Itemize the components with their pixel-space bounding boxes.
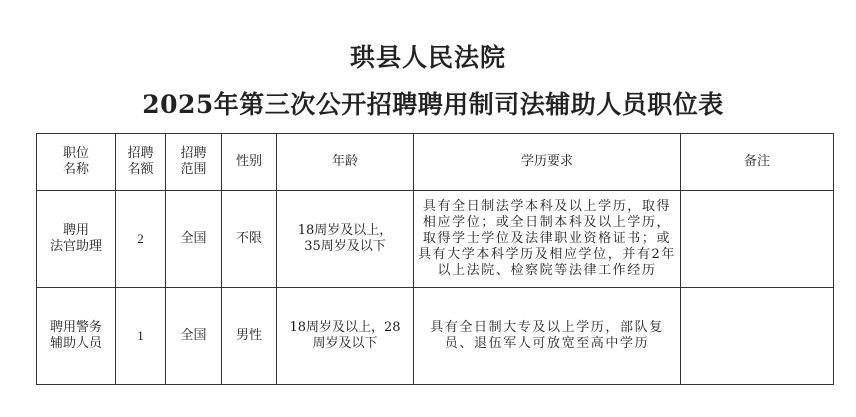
positions-table: 职位 名称 招聘 名额 招聘 范围 性别 年龄 学历要求 备注 聘用 法官助理 … bbox=[36, 133, 834, 385]
cell-headcount: 1 bbox=[116, 288, 166, 385]
header-gender: 性别 bbox=[222, 134, 277, 191]
cell-scope: 全国 bbox=[166, 288, 222, 385]
header-headcount: 招聘 名额 bbox=[116, 134, 166, 191]
cell-education: 具有全日制大专及以上学历，部队复员、退伍军人可放宽至高中学历 bbox=[414, 288, 681, 385]
cell-scope: 全国 bbox=[166, 191, 222, 288]
table-row: 聘用警务 辅助人员 1 全国 男性 18周岁及以上，28 周岁及以下 具有全日制… bbox=[37, 288, 834, 385]
cell-age: 18周岁及以上， 35周岁及以下 bbox=[277, 191, 414, 288]
cell-age: 18周岁及以上，28 周岁及以下 bbox=[277, 288, 414, 385]
document-title-table: 2025年第三次公开招聘聘用制司法辅助人员职位表 bbox=[0, 85, 856, 121]
header-position-name: 职位 名称 bbox=[37, 134, 116, 191]
cell-remarks bbox=[681, 191, 834, 288]
cell-remarks bbox=[681, 288, 834, 385]
table-header-row: 职位 名称 招聘 名额 招聘 范围 性别 年龄 学历要求 备注 bbox=[37, 134, 834, 191]
header-age: 年龄 bbox=[277, 134, 414, 191]
cell-gender: 不限 bbox=[222, 191, 277, 288]
cell-education: 具有全日制法学本科及以上学历，取得相应学位；或全日制本科及以上学历，取得学士学位… bbox=[414, 191, 681, 288]
cell-position-name: 聘用 法官助理 bbox=[37, 191, 116, 288]
cell-headcount: 2 bbox=[116, 191, 166, 288]
header-scope: 招聘 范围 bbox=[166, 134, 222, 191]
cell-gender: 男性 bbox=[222, 288, 277, 385]
document-title-court: 珙县人民法院 bbox=[0, 38, 856, 74]
header-remarks: 备注 bbox=[681, 134, 834, 191]
table-row: 聘用 法官助理 2 全国 不限 18周岁及以上， 35周岁及以下 具有全日制法学… bbox=[37, 191, 834, 288]
cell-position-name: 聘用警务 辅助人员 bbox=[37, 288, 116, 385]
header-education: 学历要求 bbox=[414, 134, 681, 191]
